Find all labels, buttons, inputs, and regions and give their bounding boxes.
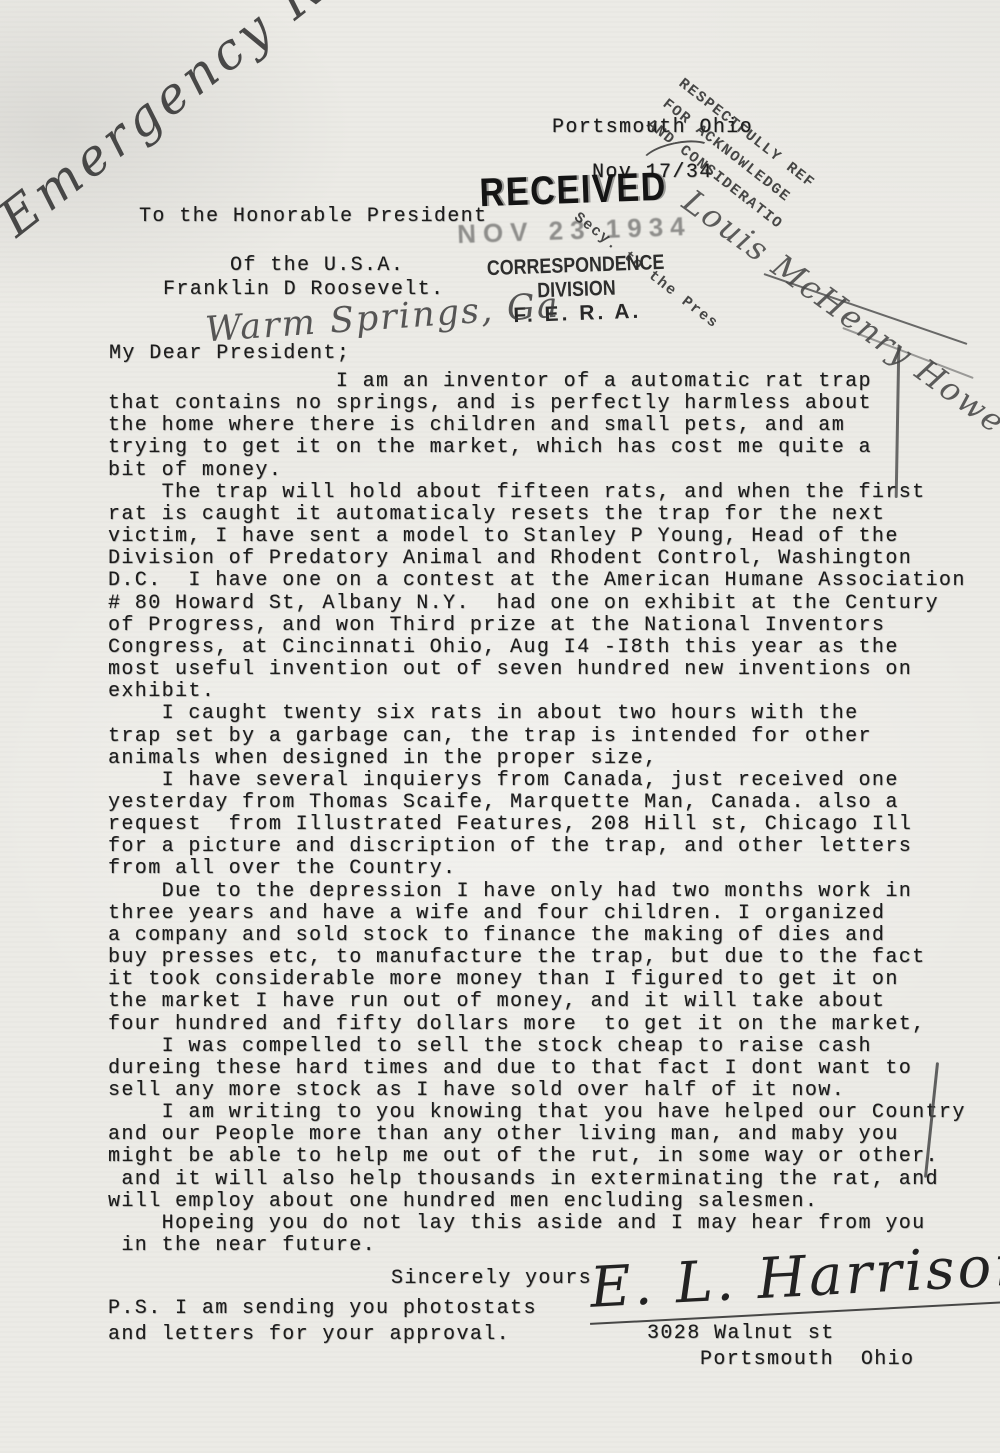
letter-scan-page: Emergency Relief Portsmouth Ohio Nov 17/… <box>0 0 1000 1453</box>
sender-city: Portsmouth Ohio <box>700 1348 914 1371</box>
postscript-line2: and letters for your approval. <box>108 1323 510 1346</box>
letter-body: I am an inventor of a automatic rat trap… <box>108 371 966 1257</box>
address-line-usa: Of the U.S.A. <box>230 254 404 277</box>
closing-sincerely: Sincerely yours <box>391 1267 592 1290</box>
address-line-honorable-president: To the Honorable President <box>139 205 487 228</box>
sender-street-address: 3028 Walnut st <box>647 1322 835 1345</box>
postscript-line1: P.S. I am sending you photostats <box>108 1297 537 1320</box>
salutation: My Dear President; <box>109 342 350 365</box>
